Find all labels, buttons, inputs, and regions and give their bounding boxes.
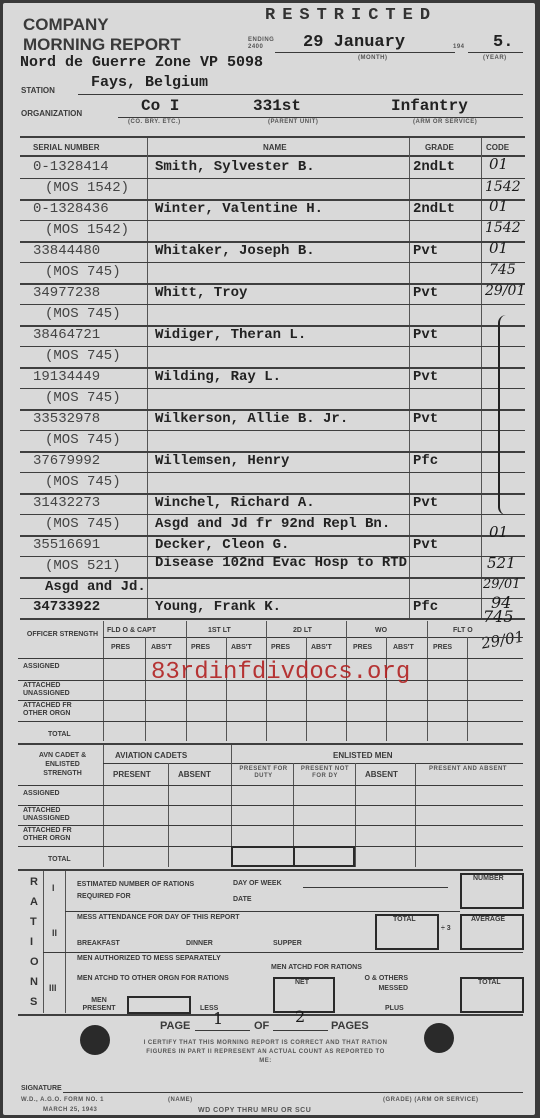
mos-cell: (MOS 1542) bbox=[45, 180, 129, 196]
group-fld-capt: FLD O & CAPT bbox=[107, 627, 156, 634]
organization-arm: Infantry bbox=[391, 97, 468, 115]
mos-cell: (MOS 745) bbox=[45, 264, 121, 280]
group-1st-lt: 1ST LT bbox=[208, 627, 231, 634]
number-label: NUMBER bbox=[473, 875, 504, 882]
name-cell: Whitaker, Joseph B. bbox=[155, 243, 315, 259]
remark-cell: Asgd and Jd fr 92nd Repl Bn. bbox=[155, 516, 390, 532]
subcol: PRES bbox=[111, 644, 130, 651]
subcol: ABS'T bbox=[311, 644, 332, 651]
pages-value: 2 bbox=[295, 1007, 305, 1026]
name-cell: Winchel, Richard A. bbox=[155, 495, 315, 511]
station-value: Fays, Belgium bbox=[91, 74, 208, 91]
subcol: PRES bbox=[271, 644, 290, 651]
page-label: PAGE bbox=[160, 1020, 190, 1032]
row-assigned: ASSIGNED bbox=[23, 663, 60, 670]
men-present-label: MEN PRESENT bbox=[75, 997, 123, 1013]
mos-cell: (MOS 521) bbox=[45, 558, 121, 574]
mos-cell: (MOS 745) bbox=[45, 474, 121, 490]
serial-cell: 38464721 bbox=[33, 327, 100, 343]
code-cell: 01 bbox=[489, 197, 508, 215]
ending-label: ENDING 2400 bbox=[248, 37, 273, 51]
col-grade-header: GRADE bbox=[425, 143, 454, 152]
ration-letter: N bbox=[30, 976, 38, 988]
form-title-line1: COMPANY bbox=[23, 15, 109, 35]
others-messed-label: O & OTHERS MESSED bbox=[348, 974, 408, 994]
subcol-absent: ABSENT bbox=[178, 770, 211, 779]
pages-label: PAGES bbox=[331, 1020, 369, 1032]
row-total: TOTAL bbox=[48, 731, 71, 738]
organization-parent: 331st bbox=[253, 97, 301, 115]
location-line: Nord de Guerre Zone VP 5098 bbox=[20, 54, 263, 71]
mess-separately-label: MEN AUTHORIZED TO MESS SEPARATELY bbox=[77, 954, 227, 964]
total-label: TOTAL bbox=[478, 979, 501, 986]
divide-by-three: ÷ 3 bbox=[441, 925, 453, 932]
name-cell: Winter, Valentine H. bbox=[155, 201, 323, 217]
total-label: TOTAL bbox=[393, 916, 416, 923]
extra-code: 29/01 bbox=[480, 627, 526, 652]
row-attached-unassigned: ATTACHED UNASSIGNED bbox=[23, 682, 98, 698]
grade-cell: 2ndLt bbox=[413, 159, 455, 175]
co-label: (CO. BRY. ETC.) bbox=[128, 119, 181, 125]
form-title-line2: MORNING REPORT bbox=[23, 35, 181, 55]
subcol-present-for-duty: PRESENT FOR DUTY bbox=[236, 766, 291, 780]
subcol: PRES bbox=[353, 644, 372, 651]
classification: RESTRICTED bbox=[265, 6, 437, 25]
supper-label: SUPPER bbox=[273, 940, 302, 947]
code-cell: 29/01 bbox=[485, 283, 525, 299]
grade-cell: Pvt bbox=[413, 411, 438, 427]
mos-cell: (MOS 745) bbox=[45, 432, 121, 448]
name-cell: Smith, Sylvester B. bbox=[155, 159, 315, 175]
routing-text: WD COPY THRU MRU OR SCU bbox=[198, 1107, 311, 1114]
grade-cell: Pvt bbox=[413, 243, 438, 259]
of-label: OF bbox=[254, 1020, 269, 1032]
net-label: NET bbox=[295, 979, 309, 986]
day-of-week-label: DAY OF WEEK bbox=[233, 880, 282, 887]
code-cell: 01 bbox=[489, 239, 508, 257]
serial-cell: 35516691 bbox=[33, 537, 100, 553]
atchd-other-orgn-label: MEN ATCHD TO OTHER ORGN FOR RATIONS bbox=[77, 974, 232, 984]
serial-cell: 33844480 bbox=[33, 243, 100, 259]
serial-cell: 0-1328414 bbox=[33, 159, 109, 175]
name-cell: Willemsen, Henry bbox=[155, 453, 289, 469]
arm-label: (ARM OR SERVICE) bbox=[413, 119, 477, 125]
ration-letter: O bbox=[30, 956, 39, 968]
grade-cell: Pfc bbox=[413, 453, 438, 469]
ration-letter: T bbox=[30, 916, 37, 928]
remark-cell: Asgd and Jd. bbox=[45, 579, 146, 595]
row-attached-other: ATTACHED FR OTHER ORGN bbox=[23, 702, 98, 718]
subcol: PRES bbox=[433, 644, 452, 651]
mos-cell: (MOS 745) bbox=[45, 516, 121, 532]
grade-cell: Pfc bbox=[413, 599, 438, 615]
date-label: DATE bbox=[233, 896, 252, 903]
organization-co: Co I bbox=[141, 97, 179, 115]
group-aviation-cadets: AVIATION CADETS bbox=[115, 751, 187, 760]
serial-cell: 31432273 bbox=[33, 495, 100, 511]
subcol: PRES bbox=[191, 644, 210, 651]
mos-cell: (MOS 745) bbox=[45, 348, 121, 364]
morning-report-form: COMPANY MORNING REPORT RESTRICTED ENDING… bbox=[3, 3, 535, 1115]
name-cell: Wilding, Ray L. bbox=[155, 369, 281, 385]
average-label: AVERAGE bbox=[471, 916, 505, 923]
mos-cell: (MOS 745) bbox=[45, 390, 121, 406]
serial-cell: 37679992 bbox=[33, 453, 100, 469]
subcol: ABS'T bbox=[151, 644, 172, 651]
mos-cell: (MOS 745) bbox=[45, 306, 121, 322]
signature-label: SIGNATURE bbox=[21, 1085, 62, 1092]
page-value: 1 bbox=[213, 1009, 223, 1028]
officer-strength-title: OFFICER STRENGTH bbox=[25, 630, 100, 639]
form-number: W.D., A.G.O. FORM NO. 1 bbox=[21, 1097, 104, 1103]
dinner-label: DINNER bbox=[186, 940, 213, 947]
mos-code-cell: 1542 bbox=[485, 179, 521, 195]
section-iii-numeral: III bbox=[49, 983, 57, 993]
subcol-absent-em: ABSENT bbox=[365, 770, 398, 779]
row-total: TOTAL bbox=[48, 856, 71, 863]
group-wo: WO bbox=[375, 627, 387, 634]
grade-service-label: (GRADE) (ARM OR SERVICE) bbox=[383, 1097, 479, 1103]
serial-cell: 34733922 bbox=[33, 599, 100, 615]
punch-hole-right bbox=[424, 1023, 454, 1053]
group-flt-o: FLT O bbox=[453, 627, 473, 634]
ration-letter: S bbox=[30, 996, 37, 1008]
year-label: (YEAR) bbox=[483, 55, 507, 61]
grade-cell: Pvt bbox=[413, 495, 438, 511]
men-present-box[interactable] bbox=[127, 996, 191, 1014]
mos-code-cell: 521 bbox=[487, 554, 516, 572]
form-date: MARCH 25, 1943 bbox=[43, 1107, 97, 1113]
parent-label: (PARENT UNIT) bbox=[268, 119, 318, 125]
mos-code-cell: 745 bbox=[489, 262, 516, 278]
plus-label: PLUS bbox=[385, 1005, 404, 1012]
remark-cell: Disease 102nd Evac Hosp to RTD bbox=[155, 555, 407, 571]
rations-required-label: ESTIMATED NUMBER OF RATIONS REQUIRED FOR bbox=[77, 879, 217, 903]
enlisted-strength-title: AVN CADET & ENLISTED STRENGTH bbox=[25, 751, 100, 778]
row-assigned: ASSIGNED bbox=[23, 790, 60, 797]
row-attached-other: ATTACHED FR OTHER ORGN bbox=[23, 827, 98, 843]
row-attached-unassigned: ATTACHED UNASSIGNED bbox=[23, 807, 98, 823]
date-value: 29 January bbox=[303, 33, 405, 52]
mess-attendance-label: MESS ATTENDANCE FOR DAY OF THIS REPORT bbox=[77, 914, 240, 921]
subcol-present-not-for-duty: PRESENT NOT FOR DY bbox=[296, 766, 354, 780]
punch-hole-left bbox=[80, 1025, 110, 1055]
col-code-header: CODE bbox=[486, 143, 509, 152]
ration-letter: I bbox=[30, 936, 33, 948]
col-serial-header: SERIAL NUMBER bbox=[33, 143, 100, 152]
certification-text: I CERTIFY THAT THIS MORNING REPORT IS CO… bbox=[143, 1039, 388, 1066]
name-cell: Widiger, Theran L. bbox=[155, 327, 306, 343]
subcol: ABS'T bbox=[393, 644, 414, 651]
ration-letter: A bbox=[30, 896, 38, 908]
name-cell: Young, Frank K. bbox=[155, 599, 281, 615]
year-prefix: 194 bbox=[453, 44, 465, 50]
organization-label: ORGANIZATION bbox=[21, 109, 82, 118]
atchd-for-rations-label: MEN ATCHD FOR RATIONS bbox=[271, 964, 362, 971]
grade-cell: Pvt bbox=[413, 537, 438, 553]
ration-letter: R bbox=[30, 876, 38, 888]
mos-code-cell: 1542 bbox=[485, 220, 521, 236]
grade-cell: Pvt bbox=[413, 327, 438, 343]
mos-code-cell: 745 bbox=[483, 607, 514, 626]
mos-cell: (MOS 1542) bbox=[45, 222, 129, 238]
serial-cell: 33532978 bbox=[33, 411, 100, 427]
grade-cell: Pvt bbox=[413, 369, 438, 385]
station-label: STATION bbox=[21, 86, 55, 95]
subcol: ABS'T bbox=[231, 644, 252, 651]
serial-cell: 19134449 bbox=[33, 369, 100, 385]
code-cell: 01 bbox=[489, 155, 508, 173]
month-label: (MONTH) bbox=[358, 55, 388, 61]
year-value: 5. bbox=[493, 33, 513, 52]
name-cell: Whitt, Troy bbox=[155, 285, 247, 301]
col-name-header: NAME bbox=[263, 143, 287, 152]
grade-cell: 2ndLt bbox=[413, 201, 455, 217]
serial-cell: 34977238 bbox=[33, 285, 100, 301]
code-cell: 29/01 bbox=[483, 577, 520, 592]
serial-cell: 0-1328436 bbox=[33, 201, 109, 217]
section-ii-numeral: II bbox=[52, 928, 57, 938]
code-cell: 01 bbox=[489, 523, 508, 541]
subcol-present-and-absent: PRESENT AND ABSENT bbox=[428, 766, 508, 773]
name-cell: Wilkerson, Allie B. Jr. bbox=[155, 411, 348, 427]
breakfast-label: BREAKFAST bbox=[77, 940, 120, 947]
name-cell: Decker, Cleon G. bbox=[155, 537, 289, 553]
handwritten-bracket bbox=[498, 315, 508, 515]
group-2d-lt: 2D LT bbox=[293, 627, 312, 634]
name-label: (NAME) bbox=[168, 1097, 193, 1103]
section-i-numeral: I bbox=[52, 883, 55, 893]
grade-cell: Pvt bbox=[413, 285, 438, 301]
watermark: 83rdinfdivdocs.org bbox=[151, 659, 410, 686]
group-enlisted-men: ENLISTED MEN bbox=[333, 751, 393, 760]
subcol-present: PRESENT bbox=[113, 770, 151, 779]
